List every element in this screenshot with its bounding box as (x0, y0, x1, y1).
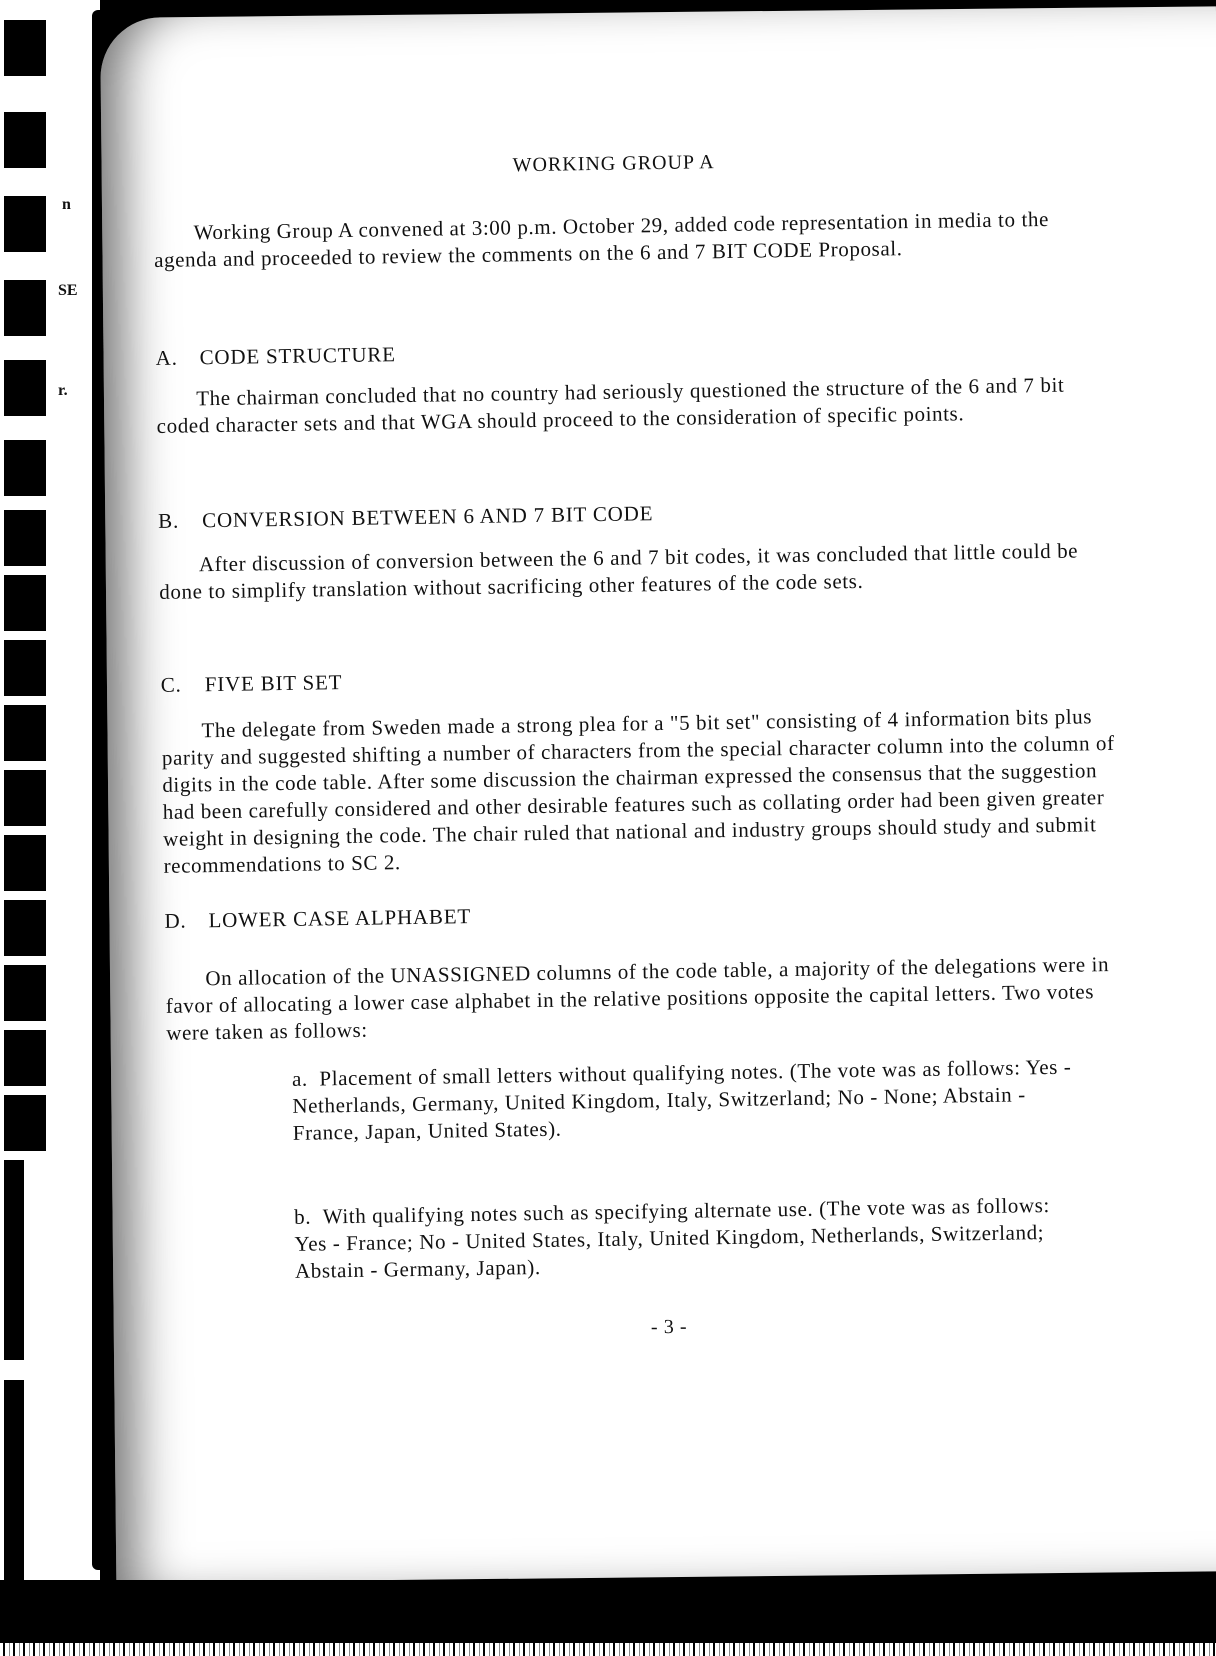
margin-fragment: SE (58, 282, 78, 300)
section-label: B. (158, 507, 202, 535)
binder-ring (4, 1095, 46, 1151)
page-number: - 3 - (651, 1314, 688, 1342)
binder-ring (4, 360, 46, 416)
item-label: a. (292, 1067, 308, 1091)
binder-margin: n SE r. (0, 0, 100, 1656)
section-title: CODE STRUCTURE (199, 342, 395, 369)
section-title: LOWER CASE ALPHABET (208, 904, 471, 932)
section-heading-a: A.CODE STRUCTURE (155, 341, 396, 372)
section-heading-d: D.LOWER CASE ALPHABET (164, 903, 471, 935)
binder-ring (4, 440, 46, 496)
binder-ring (4, 575, 46, 631)
vote-item-b: b. With qualifying notes such as specify… (294, 1191, 1085, 1284)
section-title: CONVERSION BETWEEN 6 AND 7 BIT CODE (202, 501, 653, 532)
binder-ring (4, 1380, 24, 1580)
scan-noise-strip (0, 1643, 1216, 1656)
section-d-body: On allocation of the UNASSIGNED columns … (165, 951, 1126, 1047)
binder-ring (4, 770, 46, 826)
vote-item-a: a. Placement of small letters without qu… (292, 1053, 1083, 1146)
section-heading-c: C.FIVE BIT SET (161, 669, 343, 699)
item-text: With qualifying notes such as specifying… (294, 1193, 1050, 1283)
section-label: A. (155, 344, 199, 372)
binder-ring (4, 965, 46, 1021)
item-text: Placement of small letters without quali… (292, 1055, 1071, 1145)
section-title: FIVE BIT SET (205, 670, 343, 696)
binder-ring (4, 900, 46, 956)
binder-ring (4, 112, 46, 168)
binder-ring (4, 1160, 24, 1360)
binder-ring (4, 640, 46, 696)
binder-ring (4, 835, 46, 891)
binder-ring (4, 510, 46, 566)
margin-fragment: r. (58, 382, 68, 400)
section-label: D. (164, 907, 208, 935)
section-c-body: The delegate from Sweden made a strong p… (161, 703, 1128, 880)
section-label: C. (161, 671, 205, 699)
document-title: WORKING GROUP A (512, 149, 714, 179)
binder-ring (4, 1030, 46, 1086)
binder-ring (4, 20, 46, 76)
item-label: b. (294, 1205, 311, 1229)
binder-ring (4, 280, 46, 336)
binder-ring (4, 196, 46, 252)
margin-fragment: n (62, 196, 71, 214)
binder-ring (4, 705, 46, 761)
